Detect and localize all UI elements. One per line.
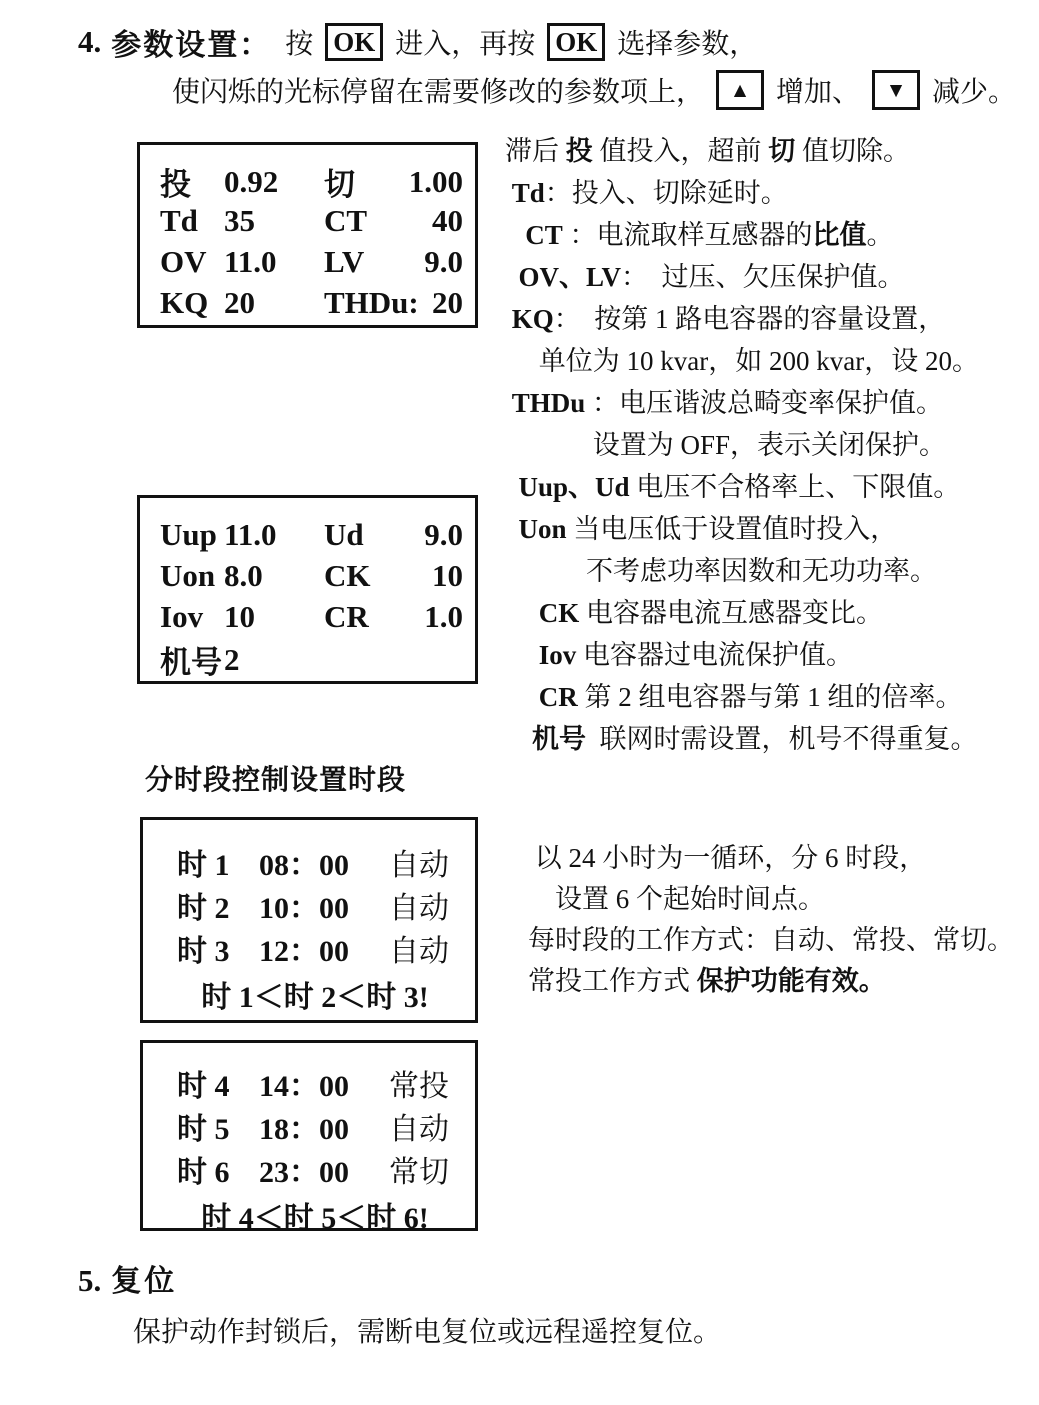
lcd-cell: 11.0	[224, 244, 324, 280]
text-line: 不考虑功率因数和无功功率。	[505, 550, 979, 592]
text-line: 单位为 10 kvar，如 200 kvar，设 20。	[505, 340, 979, 382]
decrease-text: 减少。	[932, 70, 1016, 110]
up-arrow-label: ▲	[730, 78, 751, 103]
lcd-cell: 23：00	[259, 1147, 389, 1191]
lcd-cell: 14：00	[259, 1061, 389, 1105]
lcd-row: 时 210：00自动	[177, 883, 467, 926]
lcd-cell: 9.0	[402, 517, 467, 553]
text-line: THDu ：电压谐波总畸变率保护值。	[505, 382, 979, 424]
section-5-number: 5.	[78, 1263, 101, 1299]
lcd-cell: 12：00	[259, 926, 389, 970]
lcd-cell: 40	[402, 203, 467, 239]
section-4-heading: 4. 参数设置： 按 OK 进入，再按 OK 选择参数，	[78, 20, 757, 64]
lcd-cell: KQ	[160, 285, 224, 321]
lcd-cell: 投	[160, 159, 224, 204]
section-4-subline: 使闪烁的光标停留在需要修改的参数项上， ▲ 增加、 ▼ 减少。	[172, 70, 1016, 110]
lcd-row: Uup11.0Ud9.0	[160, 514, 467, 555]
text-line: CK 电容器电流互感器变比。	[505, 592, 979, 634]
lcd-row: Uon8.0CK10	[160, 555, 467, 596]
text-line: OV、LV： 过压、欠压保护值。	[505, 256, 979, 298]
lcd-cell: 10：00	[259, 883, 389, 927]
up-arrow-key-icon: ▲	[716, 70, 764, 110]
section-4-title: 参数设置：	[111, 20, 271, 64]
text-line: KQ： 按第 1 路电容器的容量设置，	[505, 298, 979, 340]
lcd-row: Td35CT40	[160, 200, 467, 241]
lcd-display-parameters-2: Uup11.0Ud9.0Uon8.0CK10Iov10CR1.0机号2	[137, 495, 478, 684]
section-5-body: 保护动作封锁后，需断电复位或远程遥控复位。	[133, 1310, 721, 1350]
lcd-cell: 自动	[389, 840, 467, 884]
text-line: 机号 联网时需设置，机号不得重复。	[505, 718, 979, 760]
lcd-cell: 18：00	[259, 1104, 389, 1148]
lcd-row: 时 518：00自动	[177, 1104, 467, 1147]
text-line: Uon 当电压低于设置值时投入，	[505, 508, 979, 550]
lcd-cell: 自动	[389, 1104, 467, 1148]
lcd-cell: CR	[324, 599, 402, 635]
manual-page: 4. 参数设置： 按 OK 进入，再按 OK 选择参数， 使闪烁的光标停留在需要…	[0, 0, 1039, 1405]
lcd-cell: 时 2	[177, 883, 259, 927]
text-line: Td：投入、切除延时。	[505, 172, 979, 214]
lcd-cell: 时 4	[177, 1061, 259, 1105]
lcd-row: 机号2	[160, 637, 467, 678]
lcd-cell: 11.0	[224, 517, 324, 553]
lcd-cell: 20	[224, 285, 324, 321]
lcd-cell: CT	[324, 203, 402, 239]
press-text: 按	[285, 22, 313, 62]
lcd-display-time-periods-1: 时 108：00自动时 210：00自动时 312：00自动 时 1＜时 2＜时…	[140, 817, 478, 1023]
text-line: Iov 电容器过电流保护值。	[505, 634, 979, 676]
section-4-number: 4.	[78, 24, 101, 60]
lcd-row: Iov10CR1.0	[160, 596, 467, 637]
lcd-cell: 机号	[160, 637, 224, 682]
lcd-cell: 2	[224, 642, 324, 678]
text-line: Uup、Ud 电压不合格率上、下限值。	[505, 466, 979, 508]
text-line: CR 第 2 组电容器与第 1 组的倍率。	[505, 676, 979, 718]
lcd-display-parameters-1: 投0.92切1.00Td35CT40OV11.0LV9.0KQ20THDu:20	[137, 142, 478, 328]
lcd-cell: Uon	[160, 558, 224, 594]
timed-control-heading: 分时段控制设置时段	[145, 758, 406, 798]
time-order-note: 时 1＜时 2＜时 3!	[177, 972, 467, 1016]
text-line: 每时段的工作方式：自动、常投、常切。	[528, 920, 1014, 961]
lcd-cell: 10	[402, 558, 467, 594]
text-line: 设置为 OFF，表示关闭保护。	[505, 424, 979, 466]
time-order-note: 时 4＜时 5＜时 6!	[177, 1193, 467, 1237]
lcd-cell: 时 1	[177, 840, 259, 884]
lcd-cell: OV	[160, 244, 224, 280]
text-line: CT ：电流取样互感器的比值。	[505, 214, 979, 256]
lcd-cell: 1.00	[402, 164, 467, 200]
text-line: 设置 6 个起始时间点。	[528, 879, 1014, 920]
lcd-row: OV11.0LV9.0	[160, 241, 467, 282]
lcd-cell: Uup	[160, 517, 224, 553]
lcd-cell: 常切	[389, 1147, 467, 1191]
ok-key-label: OK	[333, 27, 375, 58]
lcd-cell: 9.0	[402, 244, 467, 280]
lcd-cell: 自动	[389, 926, 467, 970]
lcd-cell: 8.0	[224, 558, 324, 594]
lcd-row: 时 623：00常切	[177, 1147, 467, 1190]
text-line: 常投工作方式 保护功能有效。	[528, 961, 1014, 1002]
lcd-display-time-periods-2: 时 414：00常投时 518：00自动时 623：00常切 时 4＜时 5＜时…	[140, 1040, 478, 1231]
lcd-row: 时 108：00自动	[177, 840, 467, 883]
lcd-cell: 20	[402, 285, 467, 321]
section-5-heading: 5. 复位	[78, 1256, 191, 1300]
ok-key-icon: OK	[547, 23, 605, 61]
cursor-text: 使闪烁的光标停留在需要修改的参数项上，	[172, 70, 704, 110]
lcd-cell: Iov	[160, 599, 224, 635]
lcd-cell: LV	[324, 244, 402, 280]
lcd-cell: 10	[224, 599, 324, 635]
lcd-cell: 时 3	[177, 926, 259, 970]
down-arrow-key-icon: ▼	[872, 70, 920, 110]
lcd-cell: Td	[160, 203, 224, 239]
lcd-cell: 时 6	[177, 1147, 259, 1191]
parameter-descriptions: 滞后 投 值投入，超前 切 值切除。 Td：投入、切除延时。 CT ：电流取样互…	[505, 130, 979, 760]
lcd-cell: CK	[324, 558, 402, 594]
lcd-cell: 切	[324, 159, 402, 204]
lcd-row: 时 312：00自动	[177, 926, 467, 969]
text-line: 以 24 小时为一循环，分 6 时段，	[528, 838, 1014, 879]
text-line: 滞后 投 值投入，超前 切 值切除。	[505, 130, 979, 172]
time-rows: 时 108：00自动时 210：00自动时 312：00自动	[177, 840, 467, 969]
increase-text: 增加、	[776, 70, 860, 110]
timed-control-descriptions: 以 24 小时为一循环，分 6 时段， 设置 6 个起始时间点。每时段的工作方式…	[528, 838, 1014, 1002]
lcd-row: 投0.92切1.00	[160, 159, 467, 200]
lcd-row: 时 414：00常投	[177, 1061, 467, 1104]
section-5-title: 复位	[111, 1256, 177, 1300]
lcd-cell: 时 5	[177, 1104, 259, 1148]
lcd-cell: 1.0	[402, 599, 467, 635]
enter-text: 进入，再按	[395, 22, 535, 62]
down-arrow-label: ▼	[886, 78, 907, 103]
lcd-row: KQ20THDu:20	[160, 282, 467, 323]
ok-key-icon: OK	[325, 23, 383, 61]
lcd-cell: 35	[224, 203, 324, 239]
lcd-cell: 自动	[389, 883, 467, 927]
lcd-cell: Ud	[324, 517, 402, 553]
ok-key-label: OK	[555, 27, 597, 58]
time-rows: 时 414：00常投时 518：00自动时 623：00常切	[177, 1061, 467, 1190]
lcd-cell: THDu:	[324, 285, 402, 321]
select-text: 选择参数，	[617, 22, 757, 62]
lcd-cell: 0.92	[224, 164, 324, 200]
lcd-cell: 08：00	[259, 840, 389, 884]
lcd-cell: 常投	[389, 1061, 467, 1105]
